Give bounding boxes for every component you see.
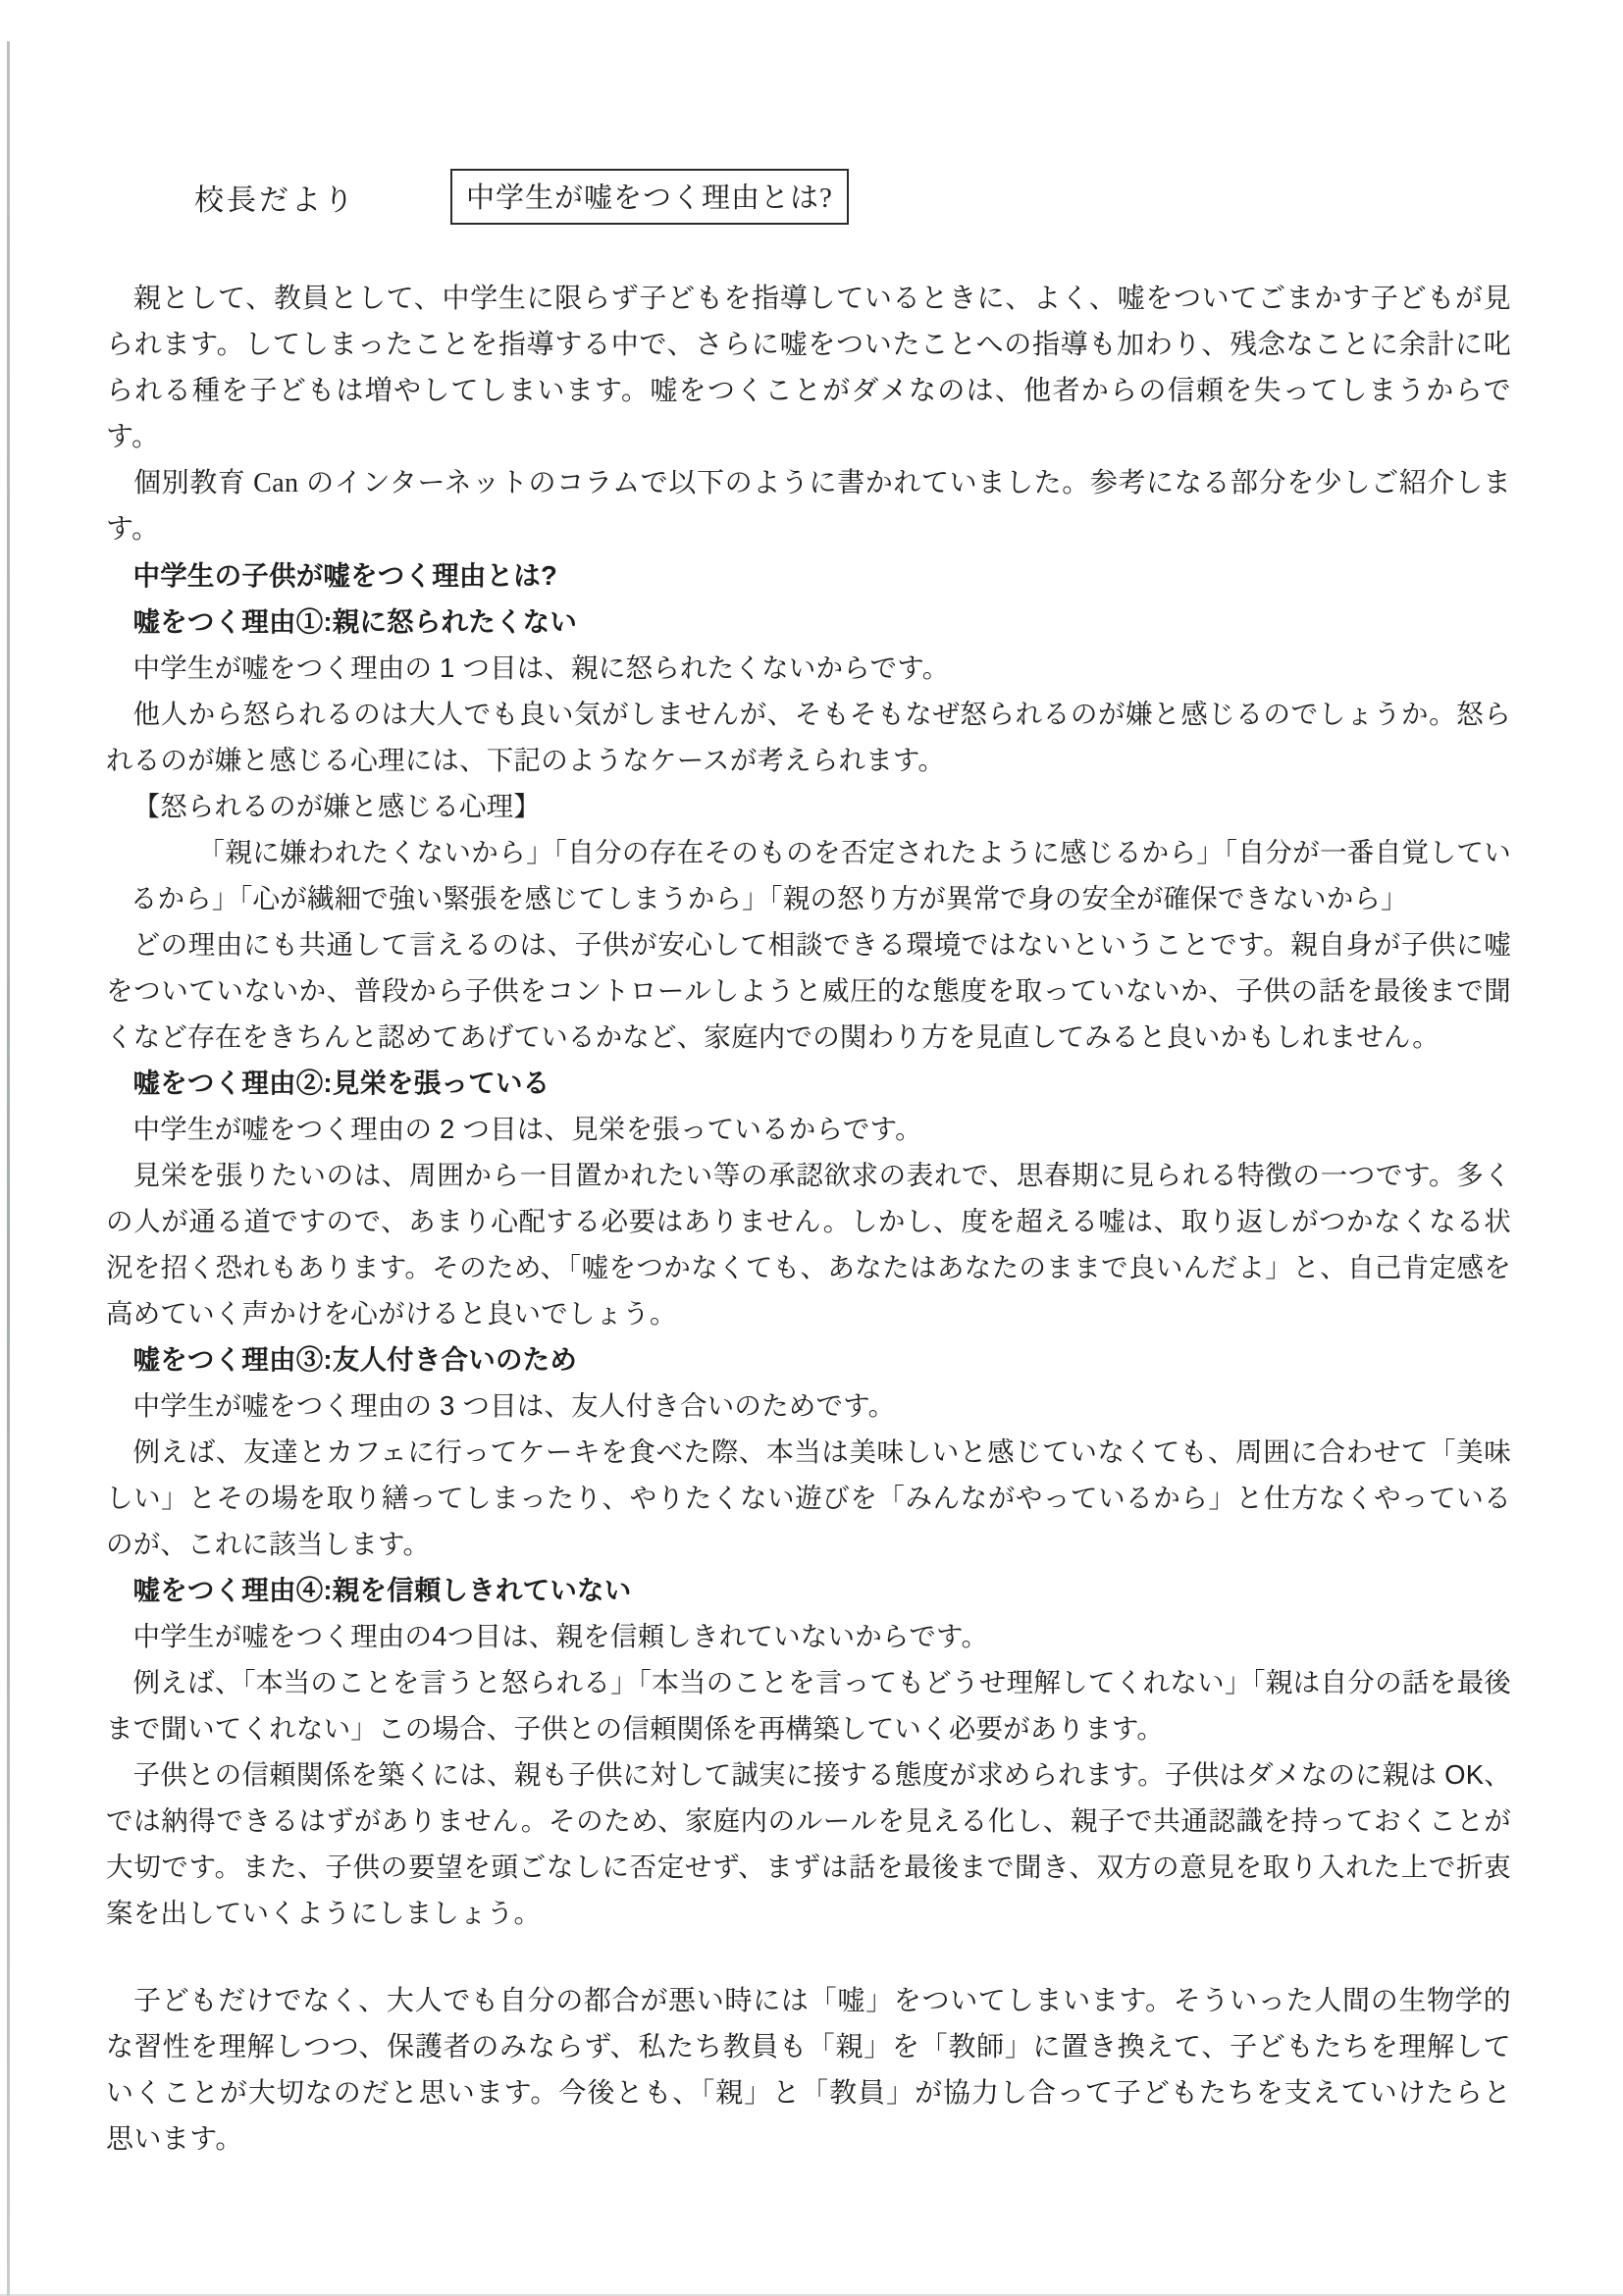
paragraph: 例えば、「本当のことを言うと怒られる」「本当のことを言ってもどうせ理解してくれな… [106,1659,1511,1751]
document-title-box: 中学生が嘘をつく理由とは? [450,169,849,225]
paragraph: 中学生が嘘をつく理由の 3 つ目は、友人付き合いのためです。 [106,1383,1511,1429]
section-heading: 嘘をつく理由①:親に怒られたくない [106,599,1511,645]
bracket-heading: 【怒られるのが嫌と感じる心理】 [106,783,1511,829]
section-heading: 嘘をつく理由③:友人付き合いのため [106,1336,1511,1383]
paragraph: 中学生が嘘をつく理由の4つ目は、親を信頼しきれていないからです。 [106,1613,1511,1659]
paragraph: 子供との信頼関係を築くには、親も子供に対して誠実に接する態度が求められます。子供… [106,1751,1511,1936]
paragraph: どの理由にも共通して言えるのは、子供が安心して相談できる環境ではないということで… [106,921,1511,1060]
scan-artifact-left-edge [7,41,10,2296]
document-header: 校長だより 中学生が嘘をつく理由とは? [194,169,1511,225]
quote-paragraph: 「親に嫌われたくないから」「自分の存在そのものを否定されたように感じるから」「自… [131,829,1511,921]
paragraph: 子どもだけでなく、大人でも自分の都合が悪い時には「嘘」をついてしまいます。そうい… [106,1978,1511,2163]
paragraph: 親として、教員として、中学生に限らず子どもを指導しているときに、よく、嘘をついて… [106,276,1511,460]
section-heading: 中学生の子供が嘘をつく理由とは? [106,552,1511,599]
paragraph: 個別教育 Can のインターネットのコラムで以下のように書かれていました。参考に… [106,460,1511,552]
paragraph: 例えば、友達とカフェに行ってケーキを食べた際、本当は美味しいと感じていなくても、… [106,1429,1511,1567]
paragraph: 中学生が嘘をつく理由の 1 つ目は、親に怒られたくないからです。 [106,645,1511,691]
paragraph: 他人から怒られるのは大人でも良い気がしませんが、そもそもなぜ怒られるのが嫌と感じ… [106,691,1511,783]
scanned-document-page: 校長だより 中学生が嘘をつく理由とは? 親として、教員として、中学生に限らず子ど… [0,0,1623,2296]
section-heading: 嘘をつく理由④:親を信頼しきれていない [106,1567,1511,1613]
paragraph: 中学生が嘘をつく理由の 2 つ目は、見栄を張っているからです。 [106,1106,1511,1152]
blank-line [106,1936,1511,1978]
section-heading: 嘘をつく理由②:見栄を張っている [106,1060,1511,1106]
newsletter-label: 校長だより [194,176,356,219]
paragraph: 見栄を張りたいのは、周囲から一目置かれたい等の承認欲求の表れで、思春期に見られる… [106,1152,1511,1336]
document-body: 親として、教員として、中学生に限らず子どもを指導しているときに、よく、嘘をついて… [106,276,1511,2163]
